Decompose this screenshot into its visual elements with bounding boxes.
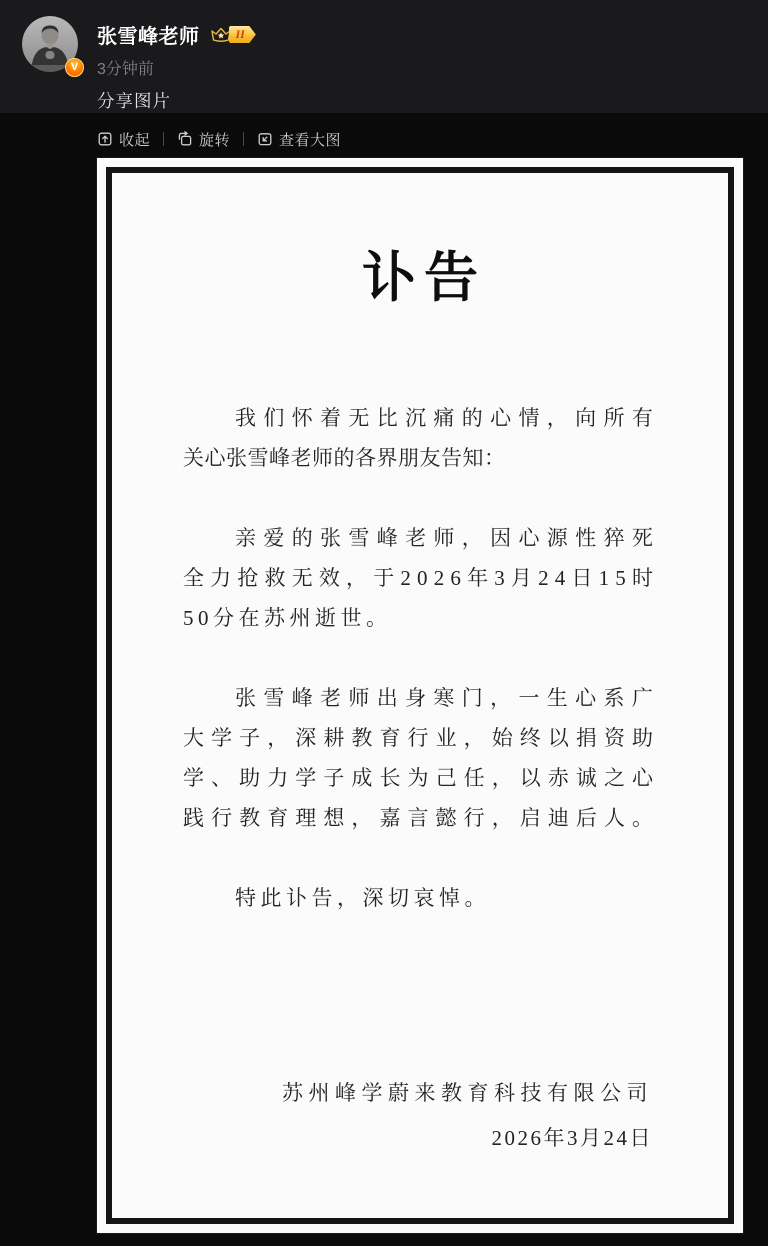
notice-signature: 苏州峰学蔚来教育科技有限公司 <box>183 1071 653 1116</box>
notice-line: 50分在苏州逝世。 <box>183 598 653 638</box>
notice-line: 全力抢救无效，于2026年3月24日15时 <box>183 558 653 598</box>
notice-date: 2026年3月24日 <box>183 1116 653 1161</box>
notice-signature-block: 苏州峰学蔚来教育科技有限公司 2026年3月24日 <box>183 1071 653 1161</box>
post-header: V 张雪峰老师 II 3分钟前 分享图片 <box>0 0 768 113</box>
notice-paragraph: 特此讣告，深切哀悼。 <box>183 878 653 918</box>
rotate-button[interactable]: 旋转 <box>177 129 230 150</box>
toolbar-divider <box>243 132 244 146</box>
notice-line: 张雪峰老师出身寒门，一生心系广 <box>183 678 653 718</box>
view-large-button[interactable]: 查看大图 <box>257 129 341 150</box>
notice-line: 特此讣告，深切哀悼。 <box>183 878 653 918</box>
timestamp: 3分钟前 <box>97 56 154 79</box>
toolbar-divider <box>163 132 164 146</box>
notice-line: 践行教育理想，嘉言懿行，启迪后人。 <box>183 798 653 838</box>
view-large-label: 查看大图 <box>279 129 341 150</box>
notice-title: 讣告 <box>112 249 728 307</box>
collapse-button[interactable]: 收起 <box>97 129 150 150</box>
vip-level: II <box>229 26 256 43</box>
view-large-icon <box>257 131 273 147</box>
notice-frame: 讣告 我们怀着无比沉痛的心情，向所有关心张雪峰老师的各界朋友告知：亲爱的张雪峰老… <box>106 167 734 1224</box>
collapse-icon <box>97 131 113 147</box>
rotate-icon <box>177 131 193 147</box>
weibo-post-screen: V 张雪峰老师 II 3分钟前 分享图片 收起 <box>0 0 768 1246</box>
post-text: 分享图片 <box>97 88 171 113</box>
notice-line: 关心张雪峰老师的各界朋友告知： <box>183 438 653 478</box>
verified-v-icon: V <box>65 58 84 77</box>
notice-line: 我们怀着无比沉痛的心情，向所有 <box>183 398 653 438</box>
notice-image[interactable]: 讣告 我们怀着无比沉痛的心情，向所有关心张雪峰老师的各界朋友告知：亲爱的张雪峰老… <box>97 158 743 1233</box>
rotate-label: 旋转 <box>199 129 230 150</box>
image-toolbar: 收起 旋转 查看大图 <box>97 127 341 151</box>
notice-paragraph: 张雪峰老师出身寒门，一生心系广大学子，深耕教育行业，始终以捐资助学、助力学子成长… <box>183 678 653 838</box>
notice-line: 亲爱的张雪峰老师，因心源性猝死 <box>183 518 653 558</box>
username[interactable]: 张雪峰老师 <box>97 20 200 49</box>
notice-body: 我们怀着无比沉痛的心情，向所有关心张雪峰老师的各界朋友告知：亲爱的张雪峰老师，因… <box>183 398 653 918</box>
notice-paragraph: 我们怀着无比沉痛的心情，向所有关心张雪峰老师的各界朋友告知： <box>183 398 653 478</box>
notice-line: 学、助力学子成长为己任，以赤诚之心 <box>183 758 653 798</box>
notice-line: 大学子，深耕教育行业，始终以捐资助 <box>183 718 653 758</box>
notice-paragraph: 亲爱的张雪峰老师，因心源性猝死全力抢救无效，于2026年3月24日15时50分在… <box>183 518 653 638</box>
avatar[interactable]: V <box>22 16 78 72</box>
collapse-label: 收起 <box>119 129 150 150</box>
vip-crown-badge[interactable]: II <box>209 25 256 45</box>
